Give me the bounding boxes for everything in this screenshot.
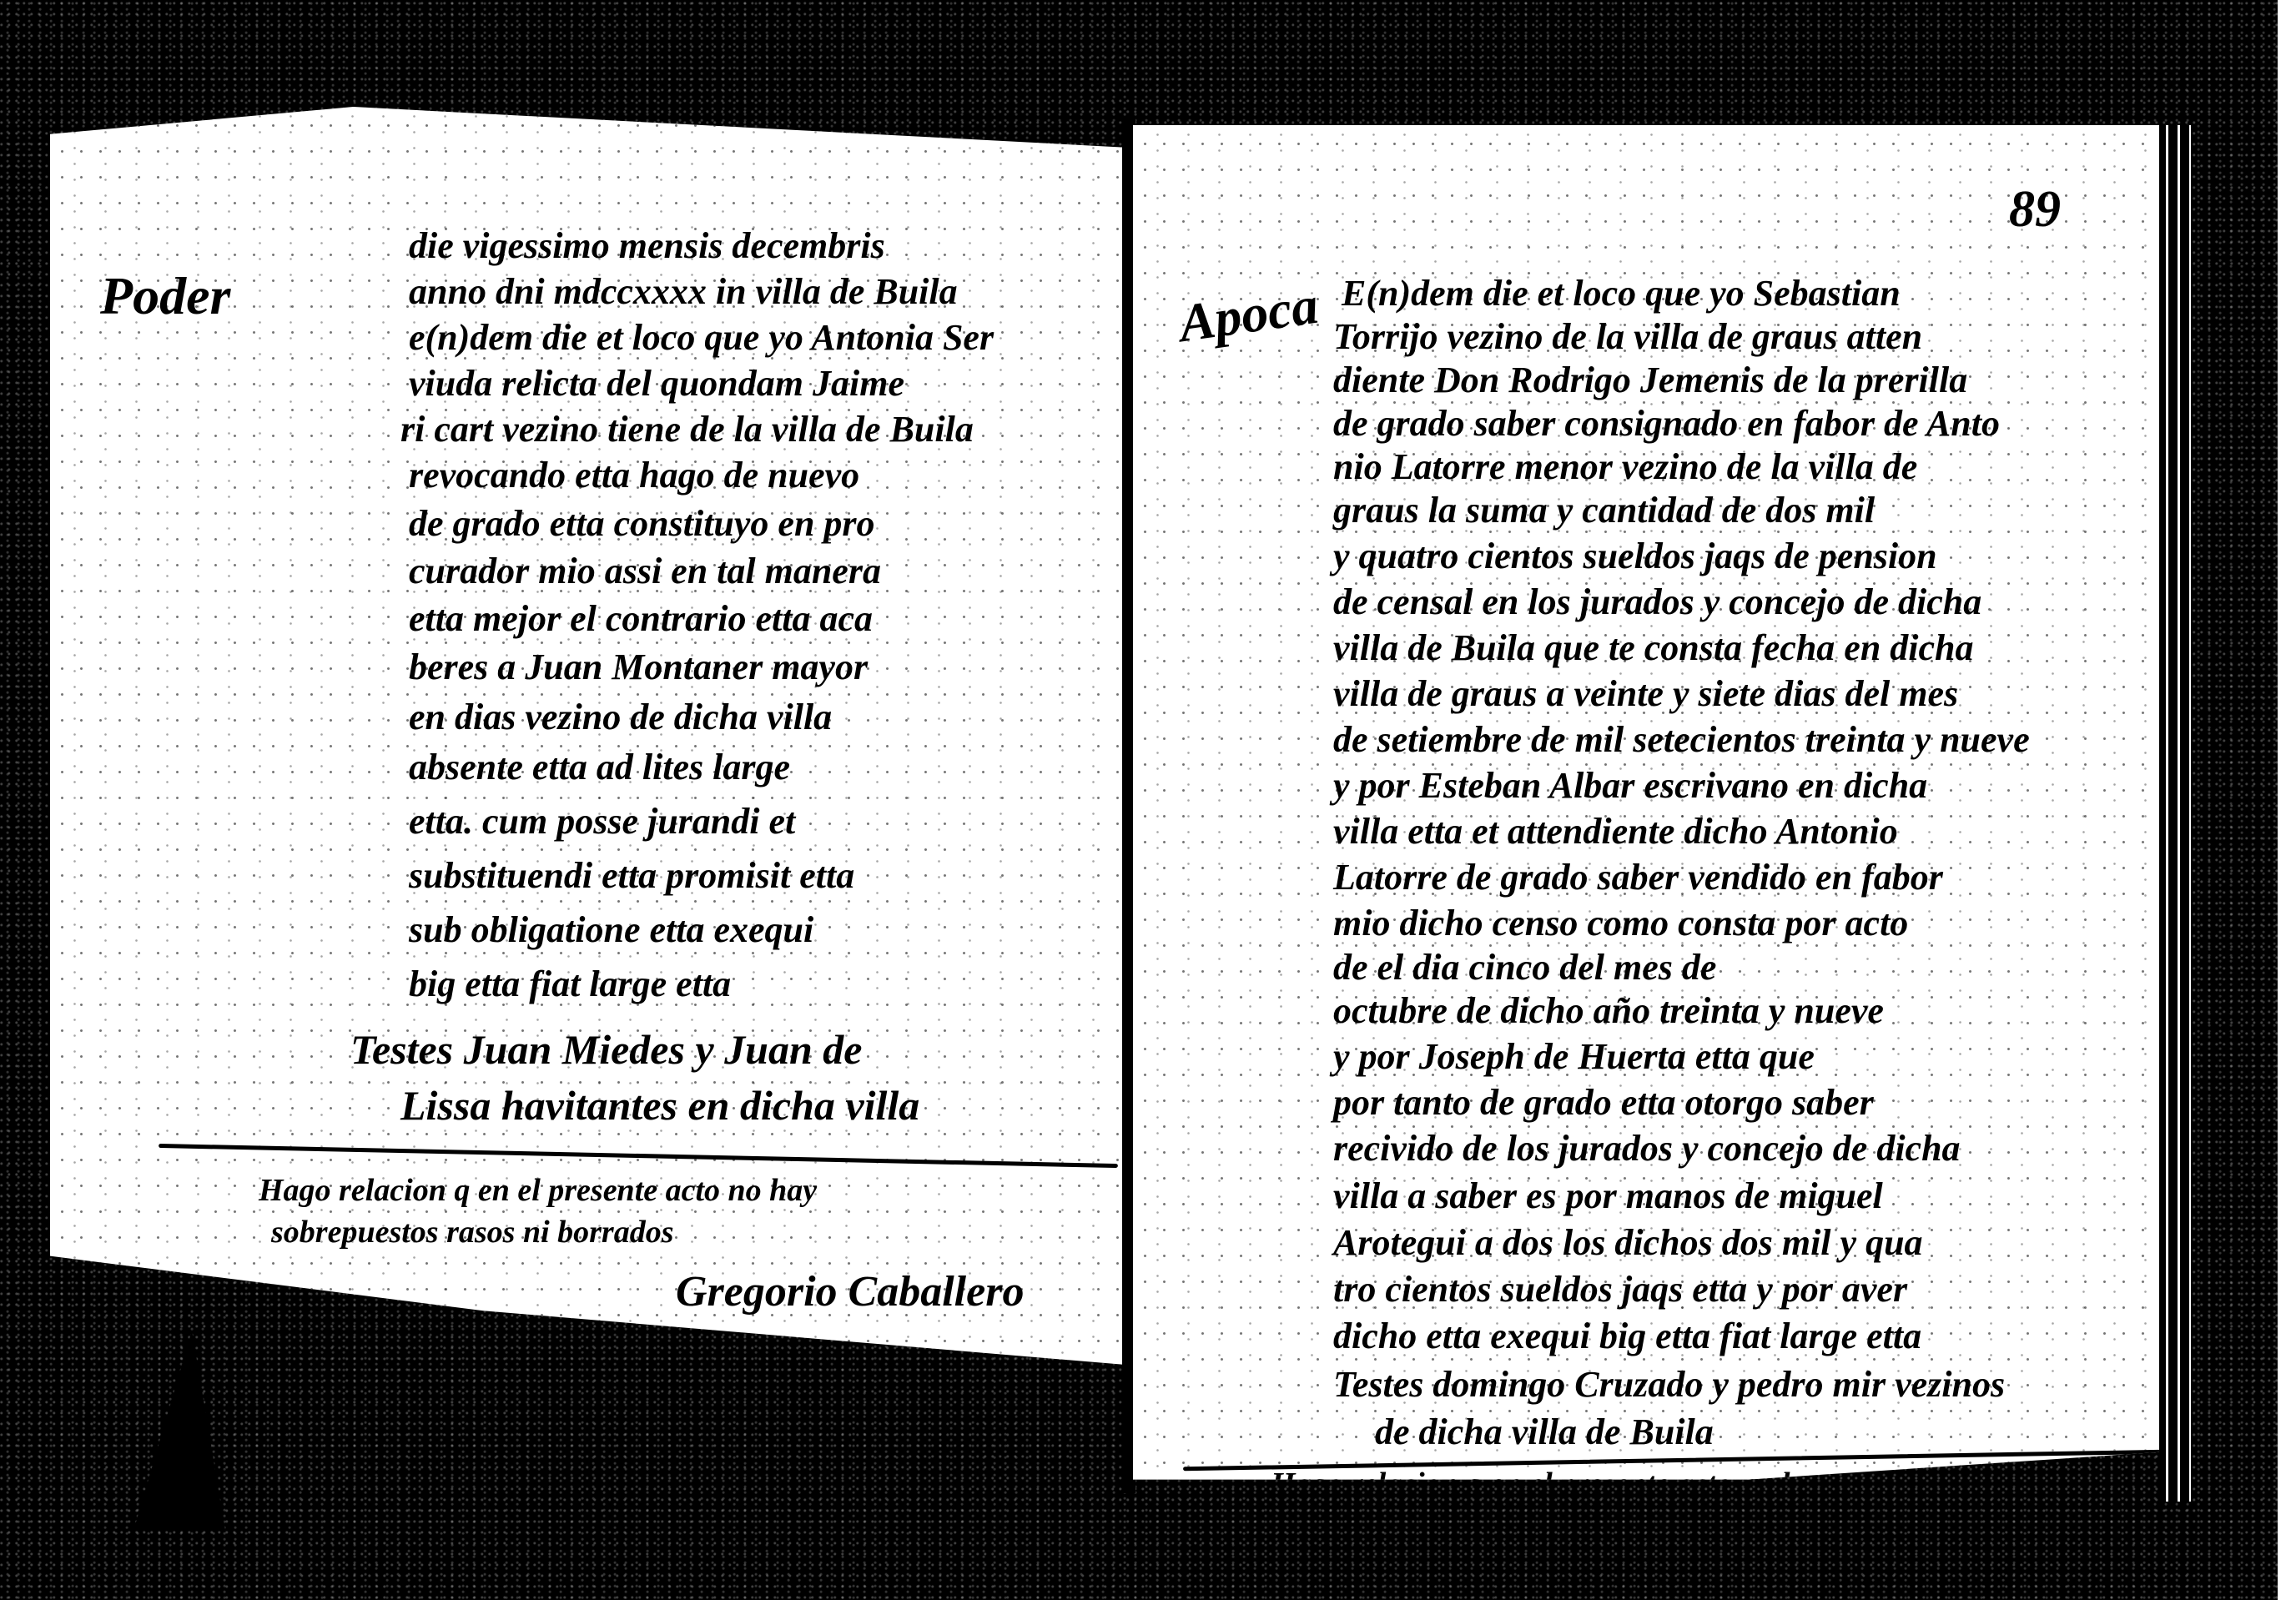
text-line: villa etta et attendiente dicho Antonio bbox=[1333, 813, 1898, 850]
right-page: 89 Apoca E(n)dem die et loco que yo Seba… bbox=[1133, 125, 2159, 1493]
text-line: absente etta ad lites large bbox=[409, 749, 790, 786]
text-line: ri cart vezino tiene de la villa de Buil… bbox=[400, 411, 974, 448]
text-line: Latorre de grado saber vendido en fabor bbox=[1333, 859, 1943, 896]
text-line: Arotegui a dos los dichos dos mil y qua bbox=[1333, 1225, 1923, 1261]
text-line: de setiembre de mil setecientos treinta … bbox=[1333, 722, 2030, 758]
text-line: por tanto de grado etta otorgo saber bbox=[1333, 1084, 1874, 1121]
text-line: de dicha villa de Buila bbox=[1375, 1414, 1714, 1451]
scan-right-margin bbox=[2278, 0, 2296, 1600]
text-line: tro cientos sueldos jaqs etta y por aver bbox=[1333, 1271, 1907, 1308]
witness-line: Lissa havitantes en dicha villa bbox=[400, 1084, 919, 1126]
text-line: anno dni mdccxxxx in villa de Buila bbox=[409, 274, 958, 310]
text-line: diente Don Rodrigo Jemenis de la prerill… bbox=[1333, 362, 1967, 399]
text-line: Testes domingo Cruzado y pedro mir vezin… bbox=[1333, 1366, 2005, 1403]
text-line: beres a Juan Montaner mayor bbox=[409, 649, 868, 686]
notary-note-line: Hago relacion q en el presente acto no h… bbox=[259, 1175, 817, 1206]
text-line: y por Joseph de Huerta etta que bbox=[1333, 1039, 1815, 1075]
text-line: villa de Buila que te consta fecha en di… bbox=[1333, 630, 1974, 667]
page-edge-stack bbox=[2161, 125, 2191, 1502]
notary-note-line: Hago relacion q en el presente acto no h… bbox=[1271, 1468, 1829, 1493]
text-line: villa de graus a veinte y siete dias del… bbox=[1333, 676, 1958, 712]
text-line: nio Latorre menor vezino de la villa de bbox=[1333, 449, 1917, 486]
text-line: y quatro cientos sueldos jaqs de pension bbox=[1333, 538, 1937, 575]
text-line: mio dicho censo como consta por acto bbox=[1333, 905, 1908, 942]
text-line: de censal en los jurados y concejo de di… bbox=[1333, 584, 1981, 621]
text-line: viuda relicta del quondam Jaime bbox=[409, 365, 904, 402]
text-line: revocando etta hago de nuevo bbox=[409, 457, 859, 494]
text-line: de grado saber consignado en fabor de An… bbox=[1333, 405, 2000, 442]
separator-rule bbox=[159, 1144, 1118, 1168]
text-line: curador mio assi en tal manera bbox=[409, 553, 881, 590]
text-line: de el dia cinco del mes de bbox=[1333, 949, 1716, 986]
witness-line: Testes Juan Miedes y Juan de bbox=[350, 1029, 862, 1070]
text-line: die vigessimo mensis decembris bbox=[409, 228, 885, 264]
text-line: villa a saber es por manos de miguel bbox=[1333, 1178, 1883, 1215]
text-line: etta. cum posse jurandi et bbox=[409, 803, 795, 840]
notary-signature: Gregorio Caballero bbox=[676, 1270, 1024, 1314]
text-line: dicho etta exequi big etta fiat large et… bbox=[1333, 1318, 1921, 1355]
text-line: en dias vezino de dicha villa bbox=[409, 699, 832, 736]
text-line: e(n)dem die et loco que yo Antonia Ser bbox=[409, 319, 994, 356]
text-line: octubre de dicho año treinta y nueve bbox=[1333, 993, 1884, 1029]
text-line: de grado etta constituyo en pro bbox=[409, 506, 875, 542]
text-line: E(n)dem die et loco que yo Sebastian bbox=[1342, 275, 1901, 312]
text-line: big etta fiat large etta bbox=[409, 966, 731, 1003]
text-line: sub obligatione etta exequi bbox=[409, 912, 813, 948]
text-line: recivido de los jurados y concejo de dic… bbox=[1333, 1130, 1961, 1167]
folio-number: 89 bbox=[2009, 184, 2061, 235]
left-page: Poder die vigessimo mensis decembris ann… bbox=[50, 107, 1133, 1475]
thumb-shadow bbox=[133, 1331, 225, 1531]
text-line: Torrijo vezino de la villa de graus atte… bbox=[1333, 319, 1922, 355]
notary-note-line: sobrepuestos rasos ni borrados bbox=[271, 1216, 674, 1248]
text-line: y por Esteban Albar escrivano en dicha bbox=[1333, 767, 1927, 804]
margin-heading-apoca: Apoca bbox=[1176, 279, 1321, 351]
text-line: graus la suma y cantidad de dos mil bbox=[1333, 492, 1875, 529]
text-line: etta mejor el contrario etta aca bbox=[409, 601, 873, 637]
margin-heading-poder: Poder bbox=[100, 269, 230, 323]
text-line: substituendi etta promisit etta bbox=[409, 858, 854, 894]
